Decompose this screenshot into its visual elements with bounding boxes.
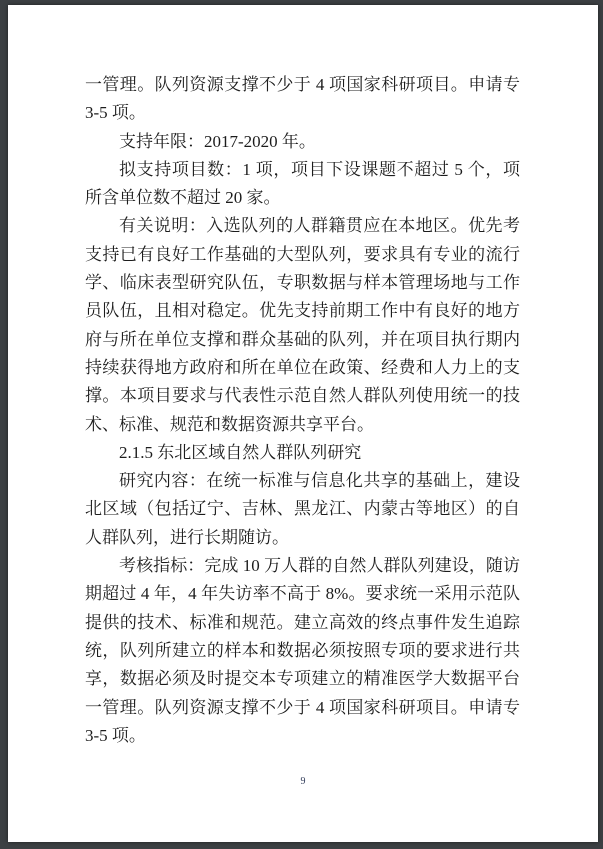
- page-number: 9: [8, 775, 598, 789]
- text-line: 拟支持项目数：1 项，项目下设课题不超过 5 个，项目: [85, 156, 520, 184]
- text-line: 支持已有良好工作基础的大型队列，要求具有专业的流行病: [85, 241, 520, 269]
- document-text-block: 一管理。队列资源支撑不少于 4 项国家科研项目。申请专利 3-5 项。 支持年限…: [8, 5, 598, 750]
- text-line: 术、标准、规范和数据资源共享平台。: [85, 411, 520, 439]
- document-page: 一管理。队列资源支撑不少于 4 项国家科研项目。申请专利 3-5 项。 支持年限…: [8, 5, 598, 842]
- text-line: 持续获得地方政府和所在单位在政策、经费和人力上的支: [85, 354, 520, 382]
- text-line: 统，队列所建立的样本和数据必须按照专项的要求进行共: [85, 637, 520, 665]
- text-line: 北区域（包括辽宁、吉林、黑龙江、内蒙古等地区）的自然: [85, 495, 520, 523]
- section-heading: 2.1.5 东北区域自然人群队列研究: [85, 439, 520, 467]
- text-line: 学、临床表型研究队伍，专职数据与样本管理场地与工作人: [85, 269, 520, 297]
- text-line: 3-5 项。: [85, 99, 520, 127]
- text-line: 提供的技术、标准和规范。建立高效的终点事件发生追踪系: [85, 609, 520, 637]
- text-line: 期超过 4 年，4 年失访率不高于 8%。要求统一采用示范队列: [85, 580, 520, 608]
- text-line: 考核指标：完成 10 万人群的自然人群队列建设，随访: [85, 552, 520, 580]
- text-line: 支持年限：2017-2020 年。: [85, 128, 520, 156]
- text-line: 员队伍，且相对稳定。优先支持前期工作中有良好的地方政: [85, 297, 520, 325]
- text-line: 人群队列，进行长期随访。: [85, 524, 520, 552]
- text-line: 享，数据必须及时提交本专项建立的精准医学大数据平台统: [85, 665, 520, 693]
- text-line: 有关说明：入选队列的人群籍贯应在本地区。优先考虑: [85, 212, 520, 240]
- text-line: 所含单位数不超过 20 家。: [85, 184, 520, 212]
- text-line: 一管理。队列资源支撑不少于 4 项国家科研项目。申请专利: [85, 694, 520, 722]
- pdf-viewer-background: 一管理。队列资源支撑不少于 4 项国家科研项目。申请专利 3-5 项。 支持年限…: [0, 0, 603, 849]
- text-line: 研究内容：在统一标准与信息化共享的基础上，建设东: [85, 467, 520, 495]
- text-line: 一管理。队列资源支撑不少于 4 项国家科研项目。申请专利: [85, 71, 520, 99]
- text-line: 府与所在单位支撑和群众基础的队列，并在项目执行期内能: [85, 326, 520, 354]
- text-line: 撑。本项目要求与代表性示范自然人群队列使用统一的技: [85, 382, 520, 410]
- text-line: 3-5 项。: [85, 722, 520, 750]
